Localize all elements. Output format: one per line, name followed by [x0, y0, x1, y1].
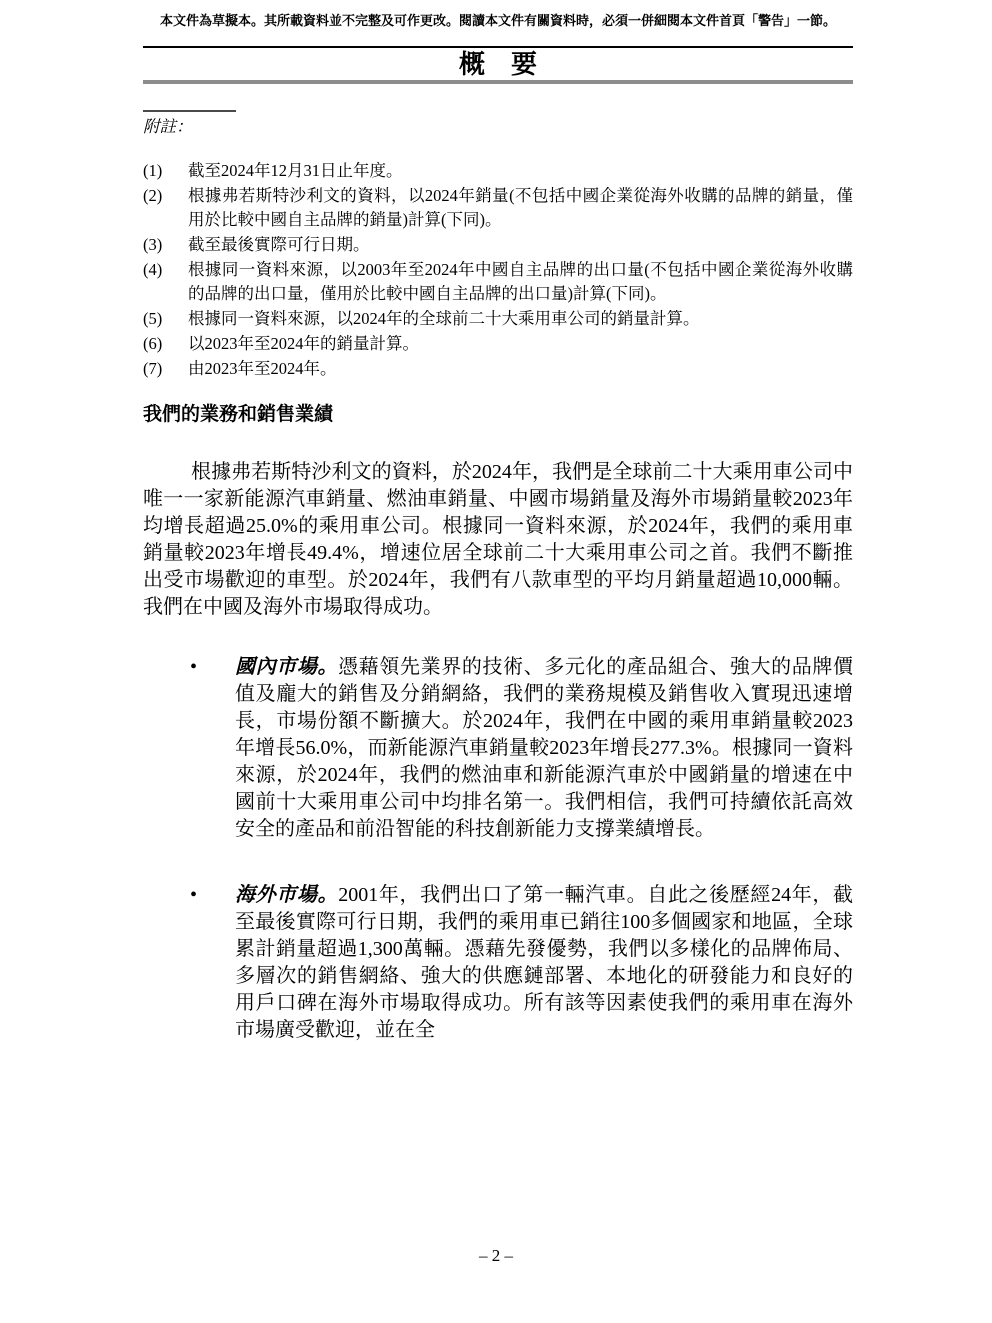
note-item: (6) 以2023年至2024年的銷量計算。 [143, 332, 853, 356]
note-text: 由2023年至2024年。 [188, 357, 853, 381]
bullet-text: 2001年，我們出口了第一輛汽車。自此之後歷經24年，截至最後實際可行日期，我們… [235, 884, 853, 1041]
bullet-label: 國內市場。 [235, 656, 338, 678]
footnote-separator-rule [143, 110, 236, 112]
note-number: (5) [143, 307, 188, 331]
header-rule-top [143, 46, 853, 48]
bullet-body: 海外市場。2001年，我們出口了第一輛汽車。自此之後歷經24年，截至最後實際可行… [235, 882, 853, 1044]
page-title: 概 要 [143, 50, 853, 79]
note-text: 截至2024年12月31日止年度。 [188, 159, 853, 183]
note-item: (7) 由2023年至2024年。 [143, 357, 853, 381]
note-number: (3) [143, 233, 188, 257]
note-number: (2) [143, 184, 188, 232]
note-item: (1) 截至2024年12月31日止年度。 [143, 159, 853, 183]
note-item: (5) 根據同一資料來源，以2024年的全球前二十大乘用車公司的銷量計算。 [143, 307, 853, 331]
note-number: (7) [143, 357, 188, 381]
document-page: 本文件為草擬本。其所載資料並不完整及可作更改。閱讀本文件有關資料時，必須一併細閱… [0, 0, 992, 1323]
note-item: (3) 截至最後實際可行日期。 [143, 233, 853, 257]
note-number: (6) [143, 332, 188, 356]
draft-warning-text: 本文件為草擬本。其所載資料並不完整及可作更改。閱讀本文件有關資料時，必須一併細閱… [143, 0, 853, 29]
bullet-marker: • [190, 654, 235, 843]
intro-paragraph: 根據弗若斯特沙利文的資料，於2024年，我們是全球前二十大乘用車公司中唯一一家新… [143, 459, 853, 621]
note-number: (1) [143, 159, 188, 183]
header-rule-bottom [143, 80, 853, 84]
bullet-item-domestic-market: • 國內市場。憑藉領先業界的技術、多元化的產品組合、強大的品牌價值及龐大的銷售及… [143, 654, 853, 843]
notes-list: (1) 截至2024年12月31日止年度。 (2) 根據弗若斯特沙利文的資料，以… [143, 159, 853, 381]
note-text: 根據弗若斯特沙利文的資料，以2024年銷量(不包括中國企業從海外收購的品牌的銷量… [188, 184, 853, 232]
note-text: 根據同一資料來源，以2003年至2024年中國自主品牌的出口量(不包括中國企業從… [188, 258, 853, 306]
note-text: 根據同一資料來源，以2024年的全球前二十大乘用車公司的銷量計算。 [188, 307, 853, 331]
page-content: 本文件為草擬本。其所載資料並不完整及可作更改。閱讀本文件有關資料時，必須一併細閱… [143, 0, 853, 1044]
bullet-marker: • [190, 882, 235, 1044]
note-item: (2) 根據弗若斯特沙利文的資料，以2024年銷量(不包括中國企業從海外收購的品… [143, 184, 853, 232]
section-heading: 我們的業務和銷售業績 [143, 403, 853, 427]
note-number: (4) [143, 258, 188, 306]
note-text: 截至最後實際可行日期。 [188, 233, 853, 257]
note-item: (4) 根據同一資料來源，以2003年至2024年中國自主品牌的出口量(不包括中… [143, 258, 853, 306]
bullet-item-overseas-market: • 海外市場。2001年，我們出口了第一輛汽車。自此之後歷經24年，截至最後實際… [143, 882, 853, 1044]
bullet-label: 海外市場。 [235, 884, 338, 906]
bullet-text: 憑藉領先業界的技術、多元化的產品組合、強大的品牌價值及龐大的銷售及分銷網絡，我們… [235, 656, 853, 840]
note-text: 以2023年至2024年的銷量計算。 [188, 332, 853, 356]
page-number: – 2 – [0, 1246, 992, 1266]
notes-label: 附註： [143, 116, 853, 138]
bullet-body: 國內市場。憑藉領先業界的技術、多元化的產品組合、強大的品牌價值及龐大的銷售及分銷… [235, 654, 853, 843]
